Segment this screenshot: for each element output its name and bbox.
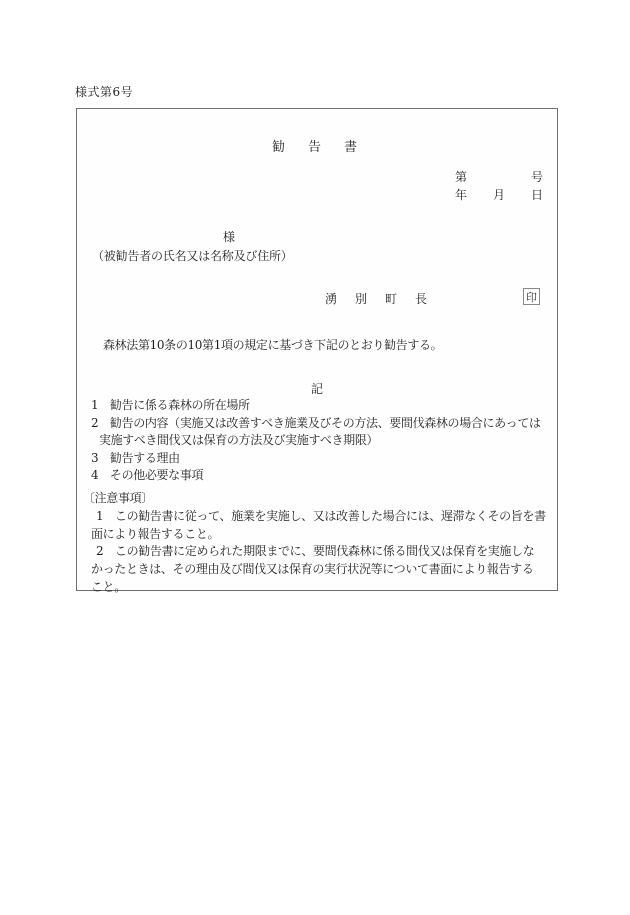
record-heading: 記 (77, 380, 557, 397)
year-label: 年 (455, 186, 467, 204)
addressee-note: （被勧告者の氏名又は名称及び住所） (92, 247, 293, 264)
notes-section: 〔注意事項〕 1 この勧告書に従って、施業を実施し、又は改善した場合には、遅滞な… (83, 490, 555, 597)
page: { "form_label": "様式第6号", "doc": { "title… (0, 0, 630, 915)
note-item-1: 1 この勧告書に従って、施業を実施し、又は改善した場合には、遅滞なくその旨を書 (96, 508, 555, 526)
form-number-label: 様式第6号 (75, 83, 133, 100)
document-title: 勧 告 書 (77, 136, 557, 155)
record-item-3: 3 勧告する理由 (91, 450, 553, 468)
record-item-1: 1 勧告に係る森林の所在場所 (91, 397, 553, 415)
body-paragraph: 森林法第10条の10第1項の規定に基づき下記のとおり勧告する。 (91, 336, 442, 353)
issuer-title: 湧 別 町 長 (325, 290, 430, 307)
document-frame: 勧 告 書 第 号 年 月 日 様 （被勧告者の氏名又は名称及び住所） 湧 別 … (76, 108, 558, 591)
month-label: 月 (493, 186, 505, 204)
record-item-4: 4 その他必要な事項 (91, 467, 553, 485)
seal-stamp-box: 印 (523, 288, 540, 305)
document-number-row: 第 号 (455, 168, 543, 186)
addressee-honorific: 様 (223, 228, 235, 245)
number-date-block: 第 号 年 月 日 (455, 168, 543, 204)
number-suffix-label: 号 (531, 168, 543, 186)
notes-heading: 〔注意事項〕 (83, 490, 555, 508)
seal-icon: 印 (526, 289, 537, 305)
note-item-2: 2 この勧告書に定められた期限までに、要間伐森林に係る間伐又は保育を実施しな (96, 543, 555, 561)
day-label: 日 (531, 186, 543, 204)
record-list: 1 勧告に係る森林の所在場所 2 勧告の内容（実施又は改善すべき施業及びその方法… (91, 397, 553, 485)
number-prefix-label: 第 (455, 168, 467, 186)
note-item-1-continued: 面により報告すること。 (91, 526, 555, 544)
note-item-2-continued: かったときは、その理由及び間伐又は保育の実行状況等について書面により報告する (91, 561, 555, 579)
record-item-2-continued: 実施すべき間伐又は保育の方法及び実施すべき期限） (91, 432, 553, 450)
date-row: 年 月 日 (455, 186, 543, 204)
record-item-2: 2 勧告の内容（実施又は改善すべき施業及びその方法、要間伐森林の場合にあっては (91, 415, 553, 433)
note-item-2-continued-2: こと。 (91, 579, 555, 597)
